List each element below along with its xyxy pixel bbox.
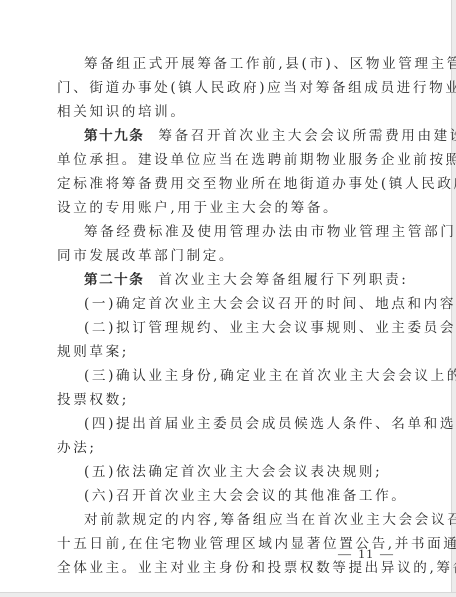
paragraph-line: 筹备组正式开展筹备工作前,县(市)、区物业管理主管部 bbox=[57, 52, 393, 76]
page-edge-bottom bbox=[0, 592, 456, 597]
line-text: 投票权数; bbox=[57, 392, 129, 408]
line-text: 对前款规定的内容,筹备组应当在首次业主大会会议召开 bbox=[84, 512, 456, 528]
article-19-heading-line: 第十九条筹备召开首次业主大会会议所需费用由建设 bbox=[57, 124, 393, 148]
line-text: 同市发展改革部门制定。 bbox=[57, 248, 235, 264]
paragraph-line: 门、街道办事处(镇人民政府)应当对筹备组成员进行物业管理 bbox=[57, 76, 393, 100]
line-text: 筹备组正式开展筹备工作前,县(市)、区物业管理主管部 bbox=[84, 56, 456, 72]
line-text: (六)召开首次业主大会会议的其他准备工作。 bbox=[84, 488, 408, 504]
line-text: 单位承担。建设单位应当在选聘前期物业服务企业前按照规 bbox=[57, 152, 456, 168]
line-text: 全体业主。业主对业主身份和投票权数等提出异议的,筹备组 bbox=[57, 560, 456, 576]
line-text: 首次业主大会筹备组履行下列职责: bbox=[158, 272, 408, 288]
document-body: 筹备组正式开展筹备工作前,县(市)、区物业管理主管部 门、街道办事处(镇人民政府… bbox=[57, 52, 393, 580]
paragraph-line: 设立的专用账户,用于业主大会的筹备。 bbox=[57, 196, 393, 220]
line-text: 定标准将筹备费用交至物业所在地街道办事处(镇人民政府) bbox=[57, 176, 456, 192]
page-number: — 11 — bbox=[338, 546, 395, 562]
line-text: (三)确认业主身份,确定业主在首次业主大会会议上的 bbox=[84, 368, 456, 384]
line-text: (一)确定首次业主大会会议召开的时间、地点和内容; bbox=[84, 296, 456, 312]
line-text: 办法; bbox=[57, 440, 97, 456]
paragraph-line: 相关知识的培训。 bbox=[57, 100, 393, 124]
list-item-line: (二)拟订管理规约、业主大会议事规则、业主委员会工作 bbox=[57, 316, 393, 340]
list-item-line: (三)确认业主身份,确定业主在首次业主大会会议上的 bbox=[57, 364, 393, 388]
line-text: 规则草案; bbox=[57, 344, 129, 360]
line-text: 十五日前,在住宅物业管理区域内显著位置公告,并书面通知 bbox=[57, 536, 456, 552]
paragraph-line: 单位承担。建设单位应当在选聘前期物业服务企业前按照规 bbox=[57, 148, 393, 172]
list-item-line: 投票权数; bbox=[57, 388, 393, 412]
paragraph-line: 对前款规定的内容,筹备组应当在首次业主大会会议召开 bbox=[57, 508, 393, 532]
list-item-line: 规则草案; bbox=[57, 340, 393, 364]
line-text: 筹备经费标准及使用管理办法由市物业管理主管部门会 bbox=[84, 224, 456, 240]
article-number: 第十九条 bbox=[84, 128, 144, 144]
paragraph-line: 定标准将筹备费用交至物业所在地街道办事处(镇人民政府) bbox=[57, 172, 393, 196]
line-text: (四)提出首届业主委员会成员候选人条件、名单和选举 bbox=[84, 416, 456, 432]
line-text: 设立的专用账户,用于业主大会的筹备。 bbox=[57, 200, 339, 216]
list-item-line: 办法; bbox=[57, 436, 393, 460]
line-text: 门、街道办事处(镇人民政府)应当对筹备组成员进行物业管理 bbox=[57, 80, 456, 96]
paragraph-line: 同市发展改革部门制定。 bbox=[57, 244, 393, 268]
line-text: 相关知识的培训。 bbox=[57, 104, 187, 120]
list-item-line: (一)确定首次业主大会会议召开的时间、地点和内容; bbox=[57, 292, 393, 316]
article-20-heading-line: 第二十条首次业主大会筹备组履行下列职责: bbox=[57, 268, 393, 292]
paragraph-line: 筹备经费标准及使用管理办法由市物业管理主管部门会 bbox=[57, 220, 393, 244]
line-text: (二)拟订管理规约、业主大会议事规则、业主委员会工作 bbox=[84, 320, 456, 336]
list-item-line: (四)提出首届业主委员会成员候选人条件、名单和选举 bbox=[57, 412, 393, 436]
line-text: 筹备召开首次业主大会会议所需费用由建设 bbox=[158, 128, 456, 144]
list-item-line: (五)依法确定首次业主大会会议表决规则; bbox=[57, 460, 393, 484]
article-number: 第二十条 bbox=[84, 272, 144, 288]
list-item-line: (六)召开首次业主大会会议的其他准备工作。 bbox=[57, 484, 393, 508]
line-text: (五)依法确定首次业主大会会议表决规则; bbox=[84, 464, 382, 480]
